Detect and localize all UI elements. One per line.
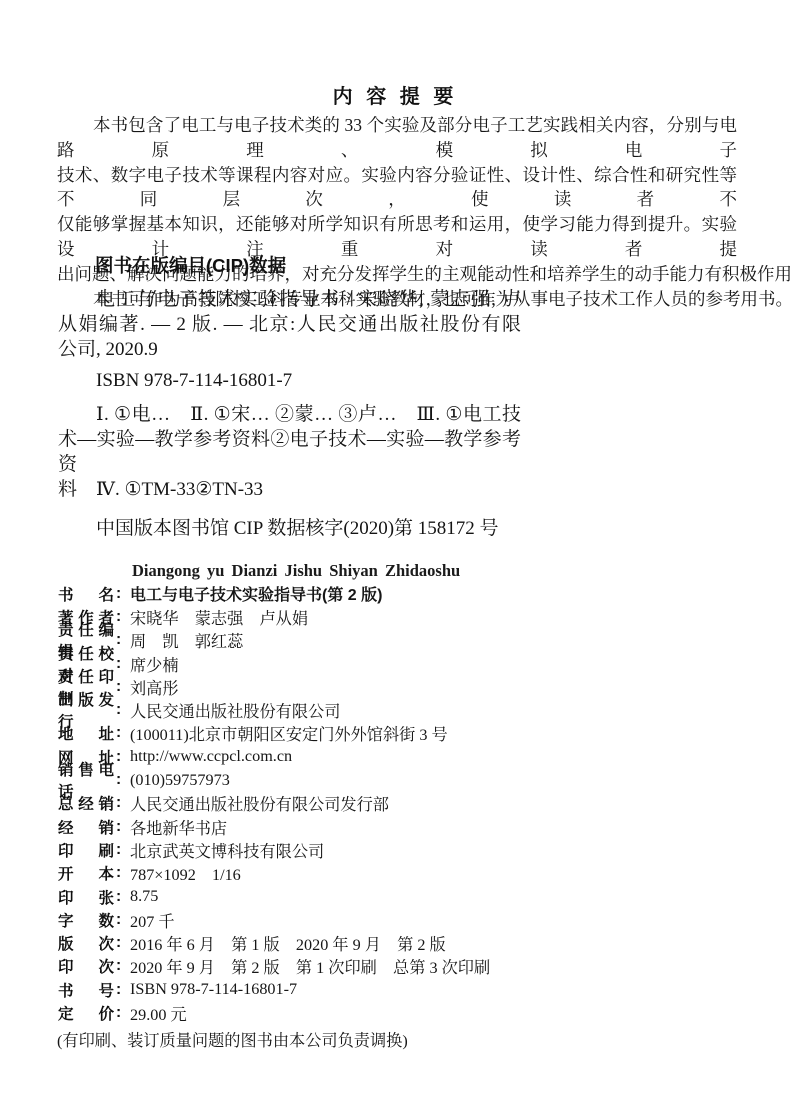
colophon-row-distributor: 经销:各地新华书店	[58, 815, 748, 838]
colophon-label: 印张	[58, 886, 114, 908]
colophon-row-word-count: 字数:207 千	[58, 908, 748, 931]
colon: :	[116, 631, 124, 649]
colophon-row-sheets: 印张:8.75	[58, 885, 748, 908]
cip-line: 料 Ⅳ. ①TM-33②TN-33	[58, 477, 521, 502]
colophon-value: 北京武英文博科技有限公司	[130, 838, 324, 862]
colophon-value: 2020 年 9 月 第 2 版 第 1 次印刷 总第 3 次印刷	[130, 954, 490, 978]
colophon-row-editor: 责任编辑:周 凯 郭红蕊	[58, 629, 748, 652]
colophon-row-website: 网址:http://www.ccpcl.com.cn	[58, 745, 748, 768]
colon: :	[116, 818, 124, 836]
cip-record-block: 电工与电子技术实验指导书 / 宋晓华, 蒙志强, 卢 从娟编著. — 2 版. …	[58, 287, 521, 541]
cip-record-number: 中国版本图书馆 CIP 数据核字(2020)第 158172 号	[58, 516, 521, 541]
colophon-row-isbn: 书号:ISBN 978-7-114-16801-7	[58, 978, 748, 1001]
colophon-label: 经销	[58, 816, 114, 838]
colophon-value: 刘高彤	[130, 675, 179, 699]
cip-line: Ⅰ. ①电… Ⅱ. ①宋… ②蒙… ③卢… Ⅲ. ①电工技	[58, 402, 521, 427]
colophon-label: 字数	[58, 909, 114, 931]
colophon-row-printing: 印次:2020 年 9 月 第 2 版 第 1 次印刷 总第 3 次印刷	[58, 955, 748, 978]
colon: :	[116, 1004, 124, 1022]
colophon-label: 定价	[58, 1002, 114, 1024]
colon: :	[116, 701, 124, 719]
colophon-row-address: 地址:(100011)北京市朝阳区安定门外外馆斜街 3 号	[58, 722, 748, 745]
colophon-value: 2016 年 6 月 第 1 版 2020 年 9 月 第 2 版	[130, 931, 446, 955]
colophon-row-price: 定价:29.00 元	[58, 1001, 748, 1024]
colon: :	[116, 608, 124, 626]
colophon-row-authors: 著作者:宋晓华 蒙志强 卢从娟	[58, 605, 748, 628]
colon: :	[116, 911, 124, 929]
colophon: 书名:电工与电子技术实验指导书(第 2 版) 著作者:宋晓华 蒙志强 卢从娟 责…	[58, 582, 748, 1025]
colophon-label: 总经销	[58, 792, 114, 814]
colophon-label: 印刷	[58, 839, 114, 861]
colon: :	[116, 981, 124, 999]
colophon-value website-url: http://www.ccpcl.com.cn	[130, 747, 292, 766]
colophon-label: 书号	[58, 979, 114, 1001]
colon: :	[116, 841, 124, 859]
cip-line: 电工与电子技术实验指导书 / 宋晓华, 蒙志强, 卢	[58, 287, 521, 312]
colophon-label: 地址	[58, 722, 114, 744]
colophon-label: 印次	[58, 955, 114, 977]
colophon-value: 各地新华书店	[130, 815, 227, 839]
colophon-value: 787×1092 1/16	[130, 861, 241, 885]
colophon-row-edition: 版次:2016 年 6 月 第 1 版 2020 年 9 月 第 2 版	[58, 931, 748, 954]
colon: :	[116, 655, 124, 673]
content-summary-title: 内 容 提 要	[0, 80, 790, 109]
colophon-value: 人民交通出版社股份有限公司发行部	[130, 791, 389, 815]
colophon-value: 人民交通出版社股份有限公司	[130, 698, 340, 722]
colon: :	[116, 771, 124, 789]
colophon-label: 开本	[58, 862, 114, 884]
cip-heading: 图书在版编目(CIP)数据	[95, 252, 286, 278]
colon: :	[116, 585, 124, 603]
colophon-row-general-distributor: 总经销:人民交通出版社股份有限公司发行部	[58, 792, 748, 815]
content-summary-paragraphs: 本书包含了电工与电子技术类的 33 个实验及部分电子工艺实践相关内容，分别与电路…	[57, 113, 737, 311]
colon: :	[116, 724, 124, 742]
colophon-row-print-supervisor: 责任印制:刘高彤	[58, 675, 748, 698]
colon: :	[116, 678, 124, 696]
colophon-value: 电工与电子技术实验指导书(第 2 版)	[130, 582, 382, 605]
intro-line: 本书包含了电工与电子技术类的 33 个实验及部分电子工艺实践相关内容，分别与电路…	[57, 113, 737, 163]
colophon-value: (100011)北京市朝阳区安定门外外馆斜街 3 号	[130, 721, 448, 745]
cip-isbn-line: ISBN 978-7-114-16801-7	[58, 368, 521, 393]
colophon-value: 席少楠	[130, 652, 179, 676]
colophon-value: 207 千	[130, 908, 175, 932]
colon: :	[116, 748, 124, 766]
colon: :	[116, 888, 124, 906]
colophon-value: 8.75	[130, 887, 158, 906]
colon: :	[116, 934, 124, 952]
cip-line: 从娟编著. — 2 版. — 北京:人民交通出版社股份有限	[58, 312, 521, 337]
intro-line: 技术、数字电子技术等课程内容对应。实验内容分验证性、设计性、综合性和研究性等不同…	[57, 163, 737, 213]
book-copyright-page: 内 容 提 要 本书包含了电工与电子技术类的 33 个实验及部分电子工艺实践相关…	[0, 0, 790, 1100]
colon: :	[116, 957, 124, 975]
colophon-label: 书名	[58, 583, 114, 605]
colophon-value: 宋晓华 蒙志强 卢从娟	[130, 605, 308, 629]
cip-line: 公司, 2020.9	[58, 337, 521, 362]
colophon-row-sales-phone: 销售电话:(010)59757973	[58, 768, 748, 791]
colophon-row-format: 开本:787×1092 1/16	[58, 862, 748, 885]
colon: :	[116, 794, 124, 812]
colophon-row-publisher: 出版发行:人民交通出版社股份有限公司	[58, 698, 748, 721]
colophon-value: 29.00 元	[130, 1001, 187, 1025]
cip-line: 术—实验—教学参考资料②电子技术—实验—教学参考资	[58, 427, 521, 477]
colophon-row-proofreader: 责任校对:席少楠	[58, 652, 748, 675]
colon: :	[116, 864, 124, 882]
colophon-row-book-title: 书名:电工与电子技术实验指导书(第 2 版)	[58, 582, 748, 605]
pinyin-title: Diangong yu Dianzi Jishu Shiyan Zhidaosh…	[132, 561, 460, 581]
colophon-value: (010)59757973	[130, 771, 230, 790]
colophon-row-printer: 印刷:北京武英文博科技有限公司	[58, 838, 748, 861]
quality-exchange-notice: (有印刷、装订质量问题的图书由本公司负责调换)	[57, 1027, 408, 1051]
colophon-value: ISBN 978-7-114-16801-7	[130, 980, 297, 999]
colophon-value: 周 凯 郭红蕊	[130, 628, 243, 652]
colophon-label: 版次	[58, 932, 114, 954]
